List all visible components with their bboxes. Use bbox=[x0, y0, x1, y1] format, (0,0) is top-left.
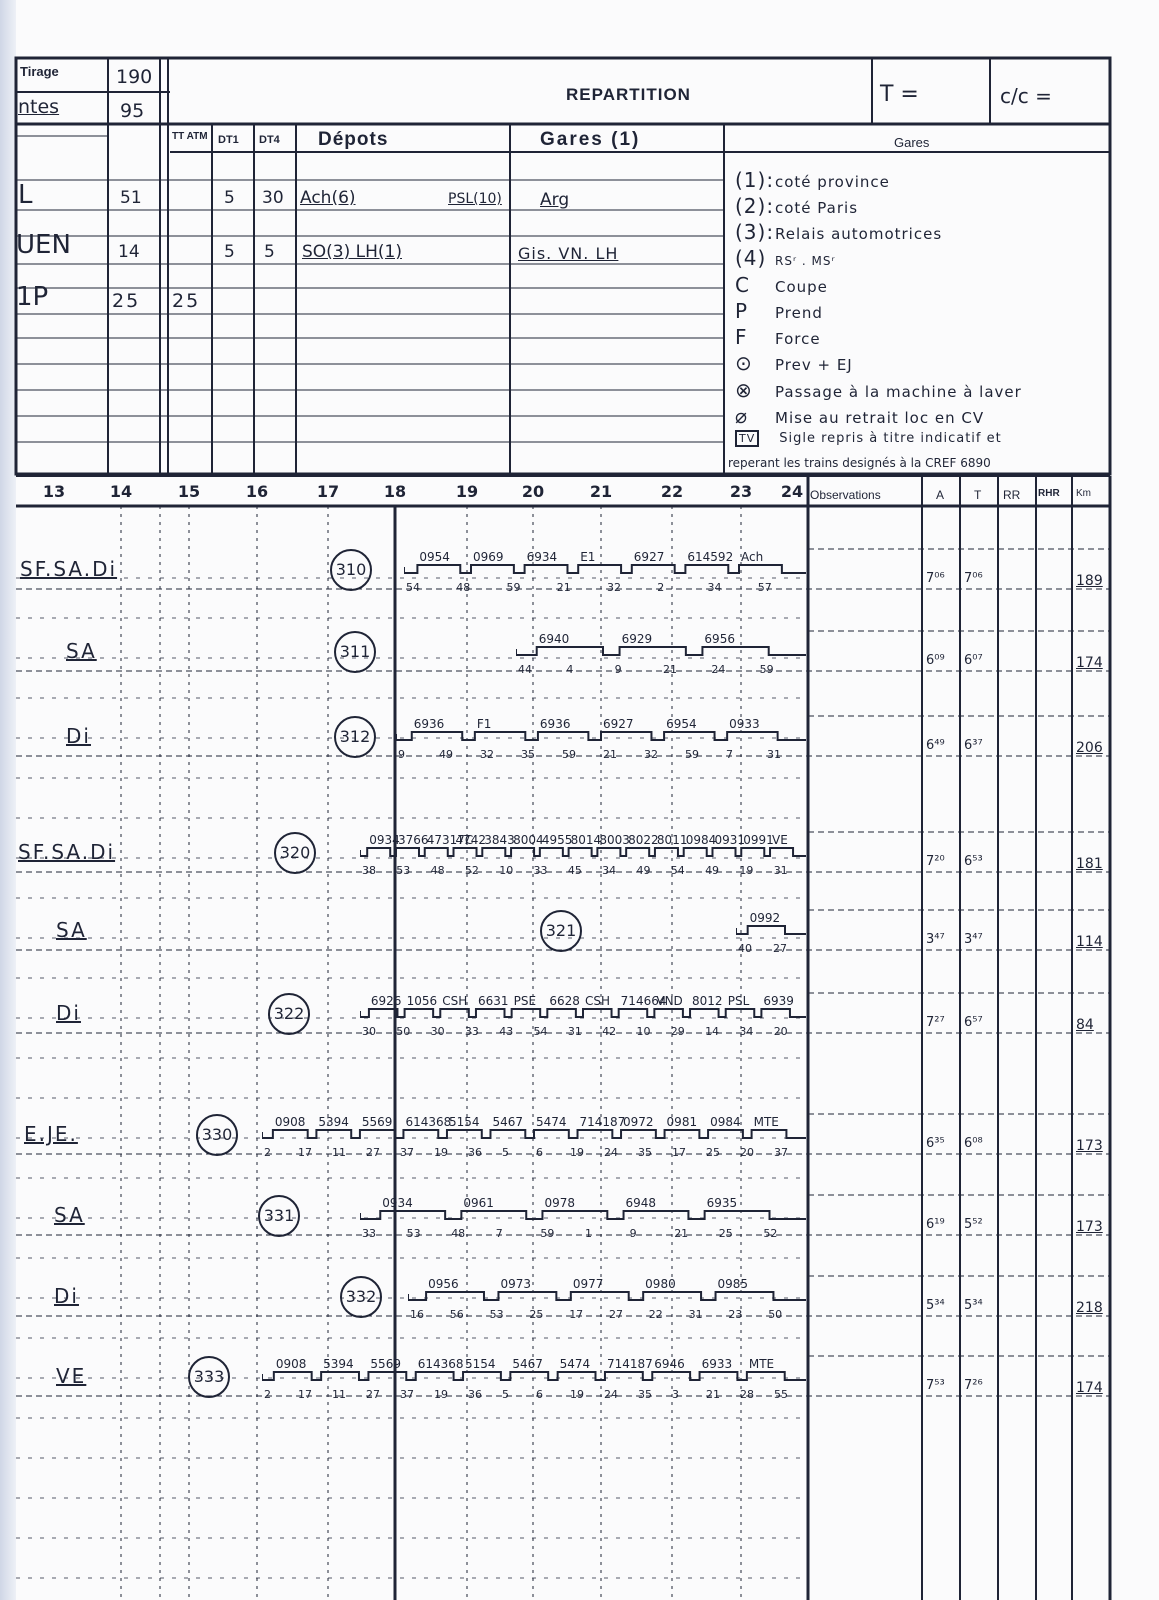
hour-label: 18 bbox=[375, 482, 415, 501]
col-depots: Dépots bbox=[318, 129, 388, 151]
svg-text:19: 19 bbox=[570, 1388, 584, 1401]
svg-text:VND: VND bbox=[656, 994, 682, 1008]
svg-text:16: 16 bbox=[410, 1308, 424, 1321]
svg-text:8022: 8022 bbox=[628, 833, 659, 847]
svg-text:56: 56 bbox=[450, 1308, 464, 1321]
value-a: 7²⁷ bbox=[926, 1015, 945, 1030]
svg-text:2: 2 bbox=[657, 581, 664, 594]
value-km: 84 bbox=[1076, 1017, 1094, 1033]
svg-text:6929: 6929 bbox=[622, 632, 653, 646]
row-group-label: SF.SA.Di bbox=[20, 557, 117, 581]
duty-diagram[interactable]: 0908539455696143685154546754747141876946… bbox=[262, 1346, 810, 1410]
value-t: 5⁵² bbox=[964, 1217, 983, 1232]
t-label: T = bbox=[880, 82, 919, 107]
boxed-tv-icon: TV bbox=[735, 430, 759, 447]
svg-text:33: 33 bbox=[465, 1025, 479, 1038]
svg-text:14: 14 bbox=[705, 1025, 719, 1038]
svg-text:9: 9 bbox=[630, 1227, 637, 1240]
svg-text:30: 30 bbox=[431, 1025, 445, 1038]
svg-text:21: 21 bbox=[706, 1388, 720, 1401]
col-gares: Gares bbox=[894, 135, 929, 150]
svg-text:54: 54 bbox=[406, 581, 420, 594]
duty-diagram[interactable]: 0908539455696143685154546754747141870972… bbox=[262, 1104, 810, 1168]
svg-text:44: 44 bbox=[518, 663, 532, 676]
svg-text:6934: 6934 bbox=[527, 550, 558, 564]
value-t: 3⁴⁷ bbox=[964, 932, 983, 947]
svg-text:17: 17 bbox=[672, 1146, 686, 1159]
value-km: 173 bbox=[1076, 1219, 1103, 1235]
number-2-icon: (2): bbox=[735, 194, 775, 218]
svg-text:32: 32 bbox=[607, 581, 621, 594]
svg-text:35: 35 bbox=[521, 748, 535, 761]
svg-text:40: 40 bbox=[738, 942, 752, 955]
svg-text:25: 25 bbox=[719, 1227, 733, 1240]
page-title: REPARTITION bbox=[566, 85, 691, 105]
svg-text:54: 54 bbox=[534, 1025, 548, 1038]
value-km: 114 bbox=[1076, 934, 1103, 950]
svg-text:21: 21 bbox=[663, 663, 677, 676]
svg-text:20: 20 bbox=[740, 1146, 754, 1159]
svg-text:0931: 0931 bbox=[714, 833, 745, 847]
svg-text:27: 27 bbox=[366, 1146, 380, 1159]
svg-text:6940: 6940 bbox=[539, 632, 570, 646]
svg-text:53: 53 bbox=[490, 1308, 504, 1321]
hour-label: 14 bbox=[101, 482, 141, 501]
svg-text:24: 24 bbox=[711, 663, 725, 676]
svg-text:37: 37 bbox=[774, 1146, 788, 1159]
legend-item: (3):Relais automotrices bbox=[735, 220, 942, 244]
svg-text:4955: 4955 bbox=[542, 833, 573, 847]
value-a: 7⁵³ bbox=[926, 1378, 945, 1393]
svg-text:5: 5 bbox=[502, 1388, 509, 1401]
svg-text:25: 25 bbox=[706, 1146, 720, 1159]
svg-text:4: 4 bbox=[566, 663, 573, 676]
row-group-label: VE bbox=[56, 1364, 86, 1388]
circled-dot-icon: ⊙ bbox=[735, 351, 775, 375]
duty-diagram[interactable]: 6936F16936692769540933949323559213259731 bbox=[396, 706, 810, 770]
svg-text:42: 42 bbox=[602, 1025, 616, 1038]
svg-text:0956: 0956 bbox=[428, 1277, 459, 1291]
col-km: Km bbox=[1076, 488, 1091, 499]
svg-text:52: 52 bbox=[763, 1227, 777, 1240]
svg-text:17: 17 bbox=[298, 1388, 312, 1401]
hour-label: 23 bbox=[721, 482, 761, 501]
svg-text:7: 7 bbox=[496, 1227, 503, 1240]
svg-text:37: 37 bbox=[400, 1146, 414, 1159]
tirage-value: 190 bbox=[116, 66, 152, 88]
svg-text:43: 43 bbox=[499, 1025, 513, 1038]
svg-text:49: 49 bbox=[439, 748, 453, 761]
roulement-number[interactable]: 320 bbox=[274, 832, 316, 874]
value-t: 6⁵⁷ bbox=[964, 1015, 983, 1030]
duty-diagram[interactable]: 0934096109786948693533534875919212552 bbox=[360, 1185, 810, 1249]
svg-text:0933: 0933 bbox=[729, 717, 760, 731]
hour-label: 24 bbox=[772, 482, 812, 501]
svg-text:10: 10 bbox=[636, 1025, 650, 1038]
row-group-label: E.JE. bbox=[24, 1122, 78, 1146]
svg-text:7: 7 bbox=[726, 748, 733, 761]
svg-text:5394: 5394 bbox=[318, 1115, 349, 1129]
svg-text:23: 23 bbox=[728, 1308, 742, 1321]
number-3-icon: (3): bbox=[735, 220, 775, 244]
row-group-label: SA bbox=[66, 639, 97, 663]
value-km: 174 bbox=[1076, 655, 1103, 671]
hour-label: 21 bbox=[581, 482, 621, 501]
svg-text:5: 5 bbox=[502, 1146, 509, 1159]
svg-text:28: 28 bbox=[740, 1388, 754, 1401]
svg-text:5569: 5569 bbox=[370, 1357, 401, 1371]
hour-label: 20 bbox=[513, 482, 553, 501]
svg-text:0954: 0954 bbox=[419, 550, 450, 564]
svg-text:50: 50 bbox=[396, 1025, 410, 1038]
svg-text:MTE: MTE bbox=[754, 1115, 779, 1129]
svg-text:59: 59 bbox=[760, 663, 774, 676]
cc-label: c/c = bbox=[1000, 84, 1052, 108]
svg-text:6936: 6936 bbox=[414, 717, 445, 731]
svg-text:11: 11 bbox=[332, 1146, 346, 1159]
svg-text:6628: 6628 bbox=[549, 994, 580, 1008]
svg-text:3843: 3843 bbox=[484, 833, 515, 847]
svg-text:34: 34 bbox=[708, 581, 722, 594]
svg-text:33: 33 bbox=[534, 864, 548, 877]
svg-text:0961: 0961 bbox=[463, 1196, 494, 1210]
row-group-label: Di bbox=[56, 1001, 81, 1025]
svg-text:2: 2 bbox=[264, 1146, 271, 1159]
row-group-label: SF.SA.Di bbox=[18, 840, 115, 864]
svg-text:5154: 5154 bbox=[449, 1115, 480, 1129]
svg-text:11: 11 bbox=[332, 1388, 346, 1401]
value-a: 6¹⁹ bbox=[926, 1217, 945, 1232]
svg-text:8003: 8003 bbox=[599, 833, 630, 847]
value-a: 7²⁰ bbox=[926, 854, 945, 869]
svg-text:54: 54 bbox=[671, 864, 685, 877]
svg-text:0977: 0977 bbox=[573, 1277, 604, 1291]
roulement-number[interactable]: 332 bbox=[340, 1276, 382, 1318]
svg-text:0992: 0992 bbox=[750, 911, 781, 925]
svg-text:59: 59 bbox=[685, 748, 699, 761]
svg-text:48: 48 bbox=[431, 864, 445, 877]
svg-text:6: 6 bbox=[536, 1388, 543, 1401]
svg-text:21: 21 bbox=[603, 748, 617, 761]
value-km: 206 bbox=[1076, 740, 1103, 756]
svg-text:4742: 4742 bbox=[456, 833, 487, 847]
svg-text:5467: 5467 bbox=[512, 1357, 543, 1371]
svg-text:19: 19 bbox=[434, 1146, 448, 1159]
letter-c-icon: C bbox=[735, 273, 775, 297]
legend-item: ⌀Mise au retrait loc en CV bbox=[735, 404, 984, 428]
svg-text:48: 48 bbox=[451, 1227, 465, 1240]
row-group-label: Di bbox=[54, 1284, 79, 1308]
svg-text:48: 48 bbox=[456, 581, 470, 594]
svg-text:19: 19 bbox=[739, 864, 753, 877]
hour-label: 15 bbox=[169, 482, 209, 501]
svg-text:21: 21 bbox=[674, 1227, 688, 1240]
value-t: 7⁰⁶ bbox=[964, 571, 983, 586]
svg-text:31: 31 bbox=[689, 1308, 703, 1321]
svg-text:1056: 1056 bbox=[407, 994, 438, 1008]
svg-text:6948: 6948 bbox=[626, 1196, 657, 1210]
svg-text:PSE: PSE bbox=[514, 994, 536, 1008]
svg-text:0984: 0984 bbox=[686, 833, 717, 847]
svg-text:0973: 0973 bbox=[500, 1277, 531, 1291]
svg-text:714187: 714187 bbox=[580, 1115, 626, 1129]
hour-label: 19 bbox=[447, 482, 487, 501]
row-group-label: SA bbox=[56, 918, 87, 942]
svg-text:2: 2 bbox=[264, 1388, 271, 1401]
svg-text:614368: 614368 bbox=[418, 1357, 464, 1371]
legend-item: ⊙Prev + EJ bbox=[735, 351, 853, 375]
svg-text:30: 30 bbox=[362, 1025, 376, 1038]
svg-text:0969: 0969 bbox=[473, 550, 504, 564]
svg-text:0908: 0908 bbox=[276, 1357, 307, 1371]
svg-text:6927: 6927 bbox=[603, 717, 634, 731]
svg-text:32: 32 bbox=[644, 748, 658, 761]
svg-text:F1: F1 bbox=[477, 717, 492, 731]
svg-text:45: 45 bbox=[568, 864, 582, 877]
svg-text:9: 9 bbox=[398, 748, 405, 761]
svg-text:0978: 0978 bbox=[544, 1196, 575, 1210]
svg-text:6956: 6956 bbox=[704, 632, 735, 646]
svg-text:0908: 0908 bbox=[275, 1115, 306, 1129]
svg-text:24: 24 bbox=[604, 1146, 618, 1159]
svg-text:8012: 8012 bbox=[692, 994, 723, 1008]
svg-text:PSL: PSL bbox=[728, 994, 750, 1008]
legend-item: (1):coté province bbox=[735, 168, 890, 192]
svg-text:0991: 0991 bbox=[743, 833, 774, 847]
svg-text:25: 25 bbox=[529, 1308, 543, 1321]
value-a: 7⁰⁶ bbox=[926, 571, 945, 586]
value-t: 7²⁶ bbox=[964, 1378, 983, 1393]
partial-value: 95 bbox=[120, 100, 144, 122]
svg-text:6946: 6946 bbox=[654, 1357, 685, 1371]
svg-text:20: 20 bbox=[774, 1025, 788, 1038]
svg-text:59: 59 bbox=[562, 748, 576, 761]
col-rr: RR bbox=[1003, 488, 1020, 502]
svg-text:22: 22 bbox=[649, 1308, 663, 1321]
svg-text:CSH: CSH bbox=[585, 994, 610, 1008]
svg-text:31: 31 bbox=[774, 864, 788, 877]
legend-item: FForce bbox=[735, 325, 821, 349]
duty-diagram[interactable]: 6940692969564449212459 bbox=[516, 621, 810, 685]
col-dt4: DT4 bbox=[259, 134, 280, 146]
svg-text:3: 3 bbox=[672, 1388, 679, 1401]
svg-text:8014: 8014 bbox=[571, 833, 602, 847]
svg-text:53: 53 bbox=[407, 1227, 421, 1240]
value-t: 6³⁷ bbox=[964, 738, 983, 753]
roulement-number[interactable]: 331 bbox=[258, 1195, 300, 1237]
svg-text:5474: 5474 bbox=[536, 1115, 567, 1129]
svg-text:53: 53 bbox=[396, 864, 410, 877]
col-tt-atm: TT ATM bbox=[172, 132, 210, 141]
svg-text:0934: 0934 bbox=[369, 833, 400, 847]
svg-text:59: 59 bbox=[540, 1227, 554, 1240]
svg-text:10: 10 bbox=[499, 864, 513, 877]
svg-text:32: 32 bbox=[480, 748, 494, 761]
svg-text:38: 38 bbox=[362, 864, 376, 877]
svg-text:36: 36 bbox=[468, 1388, 482, 1401]
roster-sheet: Tirage 190 ntes 95 REPARTITION T = c/c =… bbox=[0, 0, 1159, 1600]
svg-text:6: 6 bbox=[536, 1146, 543, 1159]
row-group-label: SA bbox=[54, 1203, 85, 1227]
svg-text:36: 36 bbox=[468, 1146, 482, 1159]
svg-text:49: 49 bbox=[636, 864, 650, 877]
svg-text:50: 50 bbox=[768, 1308, 782, 1321]
value-t: 6⁰⁷ bbox=[964, 653, 983, 668]
row-group-label: Di bbox=[66, 724, 91, 748]
value-a: 6³⁵ bbox=[926, 1136, 945, 1151]
circled-slash-icon: ⌀ bbox=[735, 404, 775, 428]
svg-text:57: 57 bbox=[758, 581, 772, 594]
svg-text:6926: 6926 bbox=[371, 994, 402, 1008]
roulement-number[interactable]: 310 bbox=[330, 549, 372, 591]
value-t: 6⁵³ bbox=[964, 854, 983, 869]
legend-item: CCoupe bbox=[735, 273, 828, 297]
svg-text:1: 1 bbox=[585, 1227, 592, 1240]
svg-text:8004: 8004 bbox=[513, 833, 544, 847]
duty-diagram[interactable]: 095409696934E16927614592Ach5448592132234… bbox=[404, 539, 810, 603]
svg-text:E1: E1 bbox=[580, 550, 595, 564]
svg-text:52: 52 bbox=[465, 864, 479, 877]
duty-diagram[interactable]: 69261056CSH6631PSE6628CSH714664VND8012PS… bbox=[360, 983, 810, 1047]
number-4-icon: (4) bbox=[735, 246, 775, 270]
svg-text:6936: 6936 bbox=[540, 717, 571, 731]
col-t: T bbox=[974, 488, 981, 502]
svg-text:5394: 5394 bbox=[323, 1357, 354, 1371]
svg-text:614368: 614368 bbox=[405, 1115, 451, 1129]
svg-text:5474: 5474 bbox=[560, 1357, 591, 1371]
hour-label: 17 bbox=[308, 482, 348, 501]
svg-text:31: 31 bbox=[568, 1025, 582, 1038]
svg-text:MTE: MTE bbox=[749, 1357, 774, 1371]
svg-text:6927: 6927 bbox=[634, 550, 665, 564]
col-rhr: RHR bbox=[1038, 488, 1060, 499]
roulement-number[interactable]: 333 bbox=[188, 1356, 230, 1398]
value-a: 6⁰⁹ bbox=[926, 653, 945, 668]
hour-label: 22 bbox=[652, 482, 692, 501]
svg-text:6631: 6631 bbox=[478, 994, 509, 1008]
value-a: 3⁴⁷ bbox=[926, 932, 945, 947]
roulement-number[interactable]: 321 bbox=[540, 910, 582, 952]
value-km: 173 bbox=[1076, 1138, 1103, 1154]
legend-item: (4)RSʳ . MSʳ bbox=[735, 246, 836, 270]
value-km: 189 bbox=[1076, 573, 1103, 589]
svg-text:21: 21 bbox=[557, 581, 571, 594]
svg-text:49: 49 bbox=[705, 864, 719, 877]
svg-text:6935: 6935 bbox=[707, 1196, 738, 1210]
svg-text:19: 19 bbox=[434, 1388, 448, 1401]
svg-text:0981: 0981 bbox=[667, 1115, 698, 1129]
col-dt1: DT1 bbox=[218, 134, 239, 146]
svg-text:9: 9 bbox=[615, 663, 622, 676]
legend-item: ⊗Passage à la machine à laver bbox=[735, 378, 1022, 402]
circled-x-icon: ⊗ bbox=[735, 378, 775, 402]
svg-text:CSH: CSH bbox=[442, 994, 467, 1008]
svg-text:0984: 0984 bbox=[710, 1115, 741, 1129]
svg-text:6933: 6933 bbox=[702, 1357, 733, 1371]
value-km: 218 bbox=[1076, 1300, 1103, 1316]
legend-item: PPrend bbox=[735, 299, 823, 323]
col-a: A bbox=[936, 488, 944, 502]
svg-text:35: 35 bbox=[638, 1146, 652, 1159]
svg-text:Ach: Ach bbox=[741, 550, 763, 564]
svg-text:59: 59 bbox=[507, 581, 521, 594]
svg-text:34: 34 bbox=[602, 864, 616, 877]
hour-label: 13 bbox=[34, 482, 74, 501]
value-a: 5³⁴ bbox=[926, 1298, 945, 1313]
svg-text:27: 27 bbox=[609, 1308, 623, 1321]
col-observations: Observations bbox=[810, 488, 881, 502]
svg-text:5569: 5569 bbox=[362, 1115, 393, 1129]
tirage-label: Tirage bbox=[20, 64, 59, 79]
value-t: 5³⁴ bbox=[964, 1298, 983, 1313]
duty-diagram[interactable]: 0934376647317C47423843800449558014800380… bbox=[360, 822, 810, 886]
svg-text:24: 24 bbox=[604, 1388, 618, 1401]
partial-label: ntes bbox=[18, 96, 59, 118]
svg-text:8011: 8011 bbox=[657, 833, 688, 847]
legend-item: TVSigle repris à titre indicatif et bbox=[735, 430, 1002, 447]
svg-text:35: 35 bbox=[638, 1388, 652, 1401]
svg-text:33: 33 bbox=[362, 1227, 376, 1240]
roulement-number[interactable]: 311 bbox=[334, 631, 376, 673]
svg-text:5467: 5467 bbox=[492, 1115, 523, 1129]
hour-label: 16 bbox=[237, 482, 277, 501]
letter-f-icon: F bbox=[735, 325, 775, 349]
svg-text:0934: 0934 bbox=[382, 1196, 413, 1210]
duty-diagram[interactable]: 09924027 bbox=[736, 900, 810, 964]
value-km: 181 bbox=[1076, 856, 1103, 872]
svg-text:3766: 3766 bbox=[398, 833, 429, 847]
svg-text:31: 31 bbox=[767, 748, 781, 761]
legend-item: (2):coté Paris bbox=[735, 194, 858, 218]
duty-diagram[interactable]: 0956097309770980098516565325172722312350 bbox=[408, 1266, 810, 1330]
svg-text:0985: 0985 bbox=[718, 1277, 749, 1291]
svg-text:34: 34 bbox=[739, 1025, 753, 1038]
svg-text:6954: 6954 bbox=[666, 717, 697, 731]
letter-p-icon: P bbox=[735, 299, 775, 323]
roulement-number[interactable]: 330 bbox=[196, 1114, 238, 1156]
svg-text:37: 37 bbox=[400, 1388, 414, 1401]
svg-text:17: 17 bbox=[569, 1308, 583, 1321]
number-1-icon: (1): bbox=[735, 168, 775, 192]
svg-text:27: 27 bbox=[773, 942, 787, 955]
svg-text:0972: 0972 bbox=[623, 1115, 654, 1129]
value-t: 6⁰⁸ bbox=[964, 1136, 983, 1151]
value-km: 174 bbox=[1076, 1380, 1103, 1396]
roulement-number[interactable]: 322 bbox=[268, 993, 310, 1035]
svg-text:714187: 714187 bbox=[607, 1357, 653, 1371]
legend-item: reperant les trains designés à la CREF 6… bbox=[728, 456, 991, 470]
svg-text:5154: 5154 bbox=[465, 1357, 496, 1371]
col-gares-1: Gares (1) bbox=[540, 129, 640, 151]
svg-text:6939: 6939 bbox=[763, 994, 794, 1008]
svg-text:17: 17 bbox=[298, 1146, 312, 1159]
svg-text:VE: VE bbox=[772, 833, 788, 847]
svg-text:27: 27 bbox=[366, 1388, 380, 1401]
svg-text:614592: 614592 bbox=[687, 550, 733, 564]
value-a: 6⁴⁹ bbox=[926, 738, 945, 753]
svg-text:29: 29 bbox=[671, 1025, 685, 1038]
svg-text:0980: 0980 bbox=[645, 1277, 676, 1291]
svg-text:19: 19 bbox=[570, 1146, 584, 1159]
roulement-number[interactable]: 312 bbox=[334, 716, 376, 758]
svg-text:55: 55 bbox=[774, 1388, 788, 1401]
